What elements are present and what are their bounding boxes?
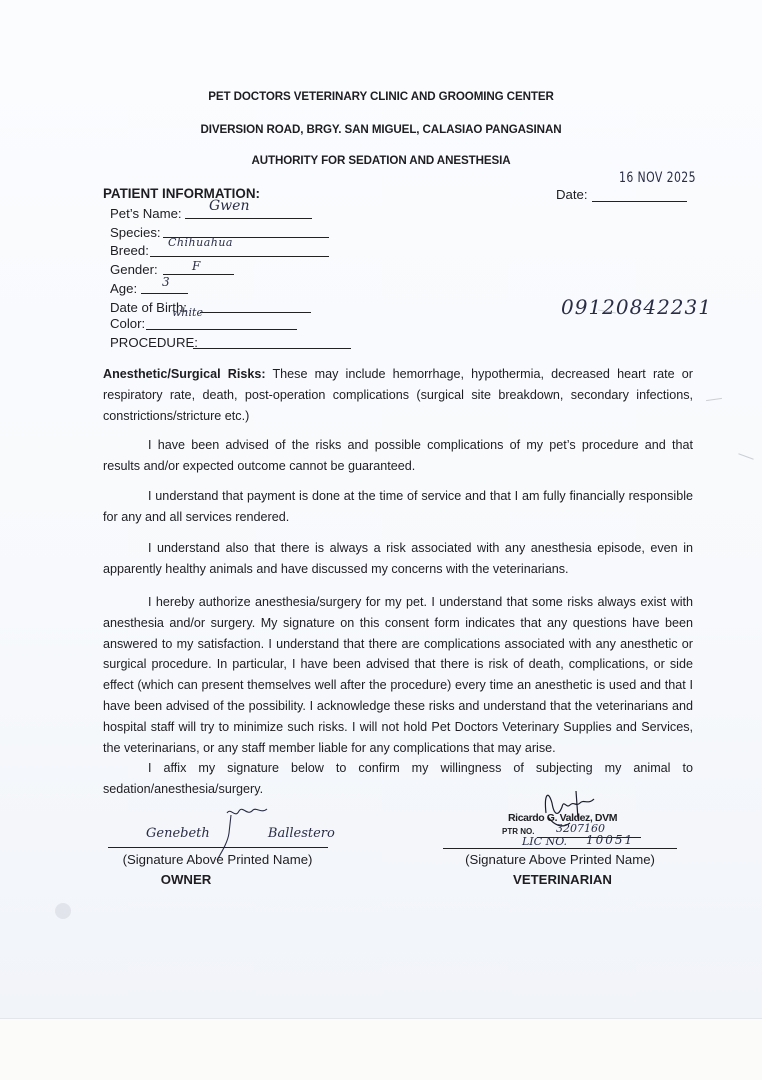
procedure-label: PROCEDURE: [110,335,198,350]
pets-name-value[interactable]: Gwen [209,198,249,214]
clinic-address: DIVERSION ROAD, BRGY. SAN MIGUEL, CALASI… [0,123,762,136]
consent-paragraph-1: I have been advised of the risks and pos… [103,435,693,477]
age-label: Age: [110,281,137,296]
pets-name-line [185,218,312,219]
species-label: Species: [110,225,161,240]
vet-caption: (Signature Above Printed Name) [440,852,680,867]
breed-line [150,256,329,257]
gender-label: Gender: [110,262,158,277]
owner-caption: (Signature Above Printed Name) [100,852,335,867]
gender-line [163,274,234,275]
gender-value[interactable]: F [192,259,200,273]
vet-lic-label: LIC NO. [522,835,567,848]
owner-role: OWNER [100,872,272,887]
consent-paragraph-4: I hereby authorize anesthesia/surgery fo… [103,592,693,758]
scan-scratch [706,398,722,401]
age-value[interactable]: 3 [162,275,170,289]
scan-scratch [738,453,753,459]
form-page: PET DOCTORS VETERINARY CLINIC AND GROOMI… [0,0,762,1018]
date-value[interactable]: 16 NOV 2025 [619,170,696,186]
scanner-bed [0,1018,762,1080]
breed-value[interactable]: Chihuahua [168,236,233,249]
vet-lic-value: 10051 [586,833,634,847]
vet-role: VETERINARIAN [490,872,635,887]
color-label: Color: [110,316,145,331]
consent-paragraph-2: I understand that payment is done at the… [103,486,693,528]
vet-signature-line [443,848,677,849]
consent-paragraph-3: I understand also that there is always a… [103,538,693,580]
scan-smudge [55,903,71,919]
date-label: Date: [556,187,588,202]
breed-label: Breed: [110,243,149,258]
contact-number: 09120842231 [561,295,712,319]
color-value[interactable]: white [172,306,203,319]
color-line [146,329,297,330]
risks-paragraph: Anesthetic/Surgical Risks: These may inc… [103,364,693,426]
date-of-birth-line [200,312,311,313]
clinic-name: PET DOCTORS VETERINARY CLINIC AND GROOMI… [0,90,762,103]
form-title: AUTHORITY FOR SEDATION AND ANESTHESIA [0,154,762,167]
risks-heading: Anesthetic/Surgical Risks: [103,367,266,381]
date-line [592,201,687,202]
procedure-line [193,348,351,349]
age-line [141,293,188,294]
owner-signature-line [108,847,328,848]
pets-name-label: Pet’s Name: [110,206,182,221]
